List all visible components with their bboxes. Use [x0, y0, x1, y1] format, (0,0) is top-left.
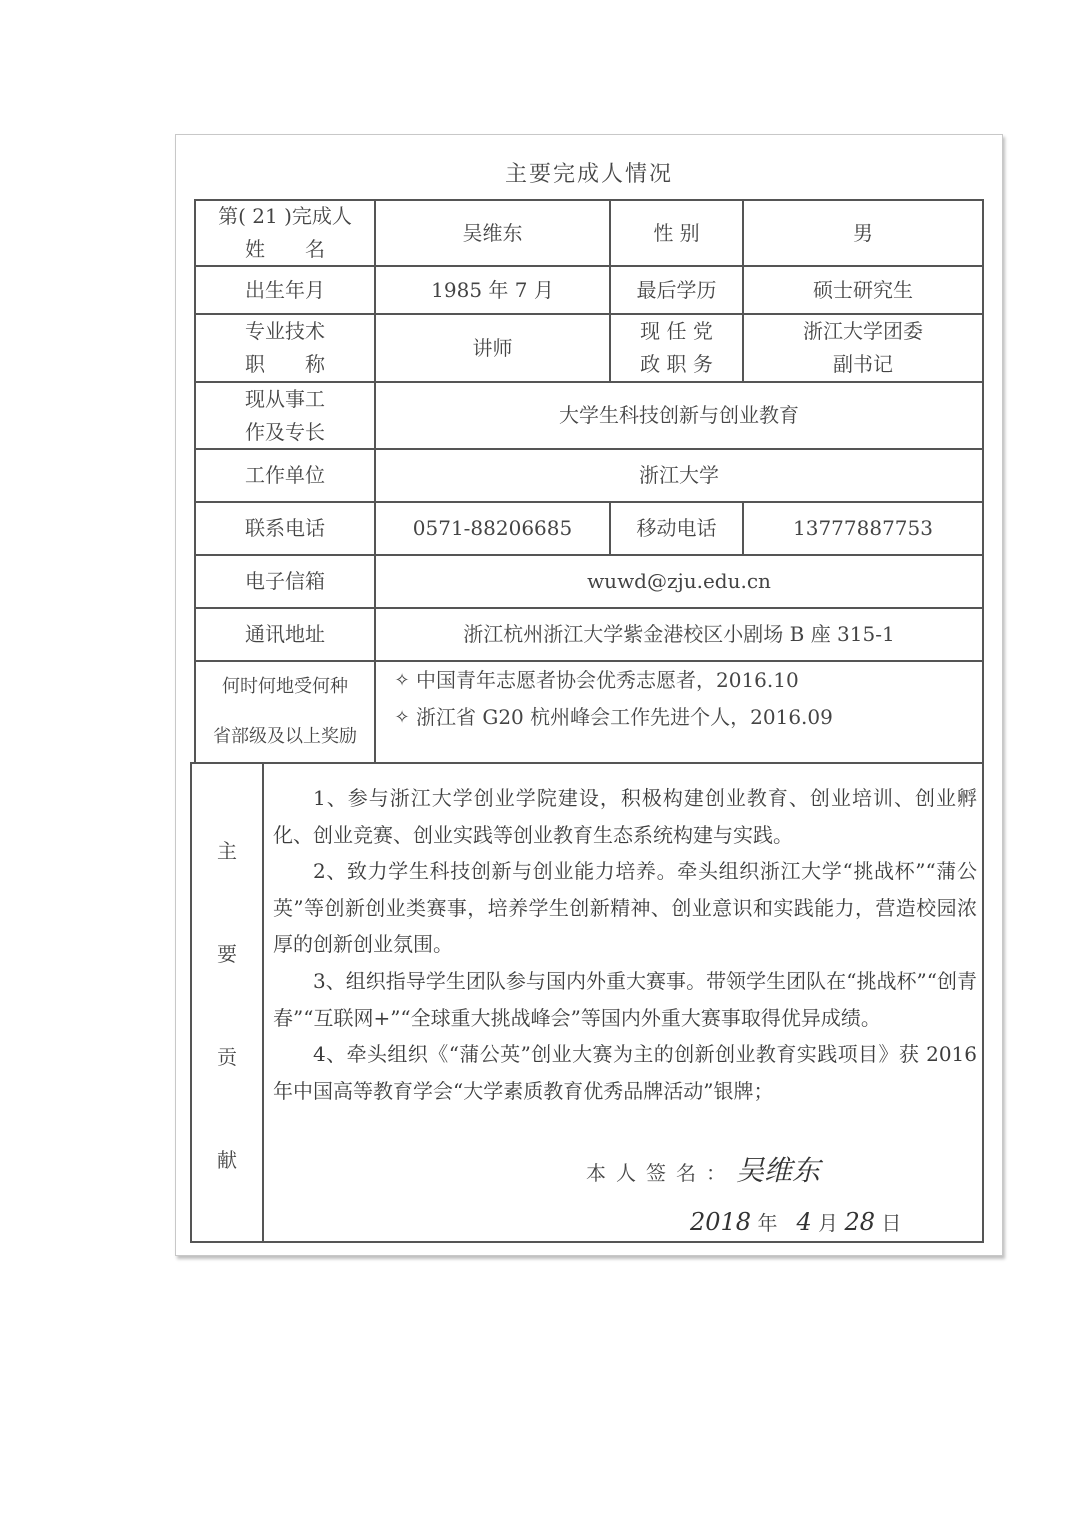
prof-title-label: 专业技术 职 称 [196, 315, 374, 381]
contribution-paragraph: 3、组织指导学生团队参与国内外重大赛事。带领学生团队在“挑战杯”“创青春”“互联… [273, 963, 977, 1036]
table-border-right [982, 199, 984, 1243]
document-page: 主要完成人情况 第( 21 )完成人 姓 名 吴维东 性 别 男 出生年月 19… [175, 134, 1003, 1256]
phone-label: 联系电话 [196, 503, 374, 554]
award-item: ✧ 浙江省 G20 杭州峰会工作先进个人，2016.09 [388, 699, 833, 736]
contrib-label-char: 贡 [192, 1041, 262, 1070]
contrib-label-char: 献 [192, 1144, 262, 1173]
signature-date: 2018 年 4 月 28 日 [690, 1207, 901, 1236]
phone-value: 0571-88206685 [376, 503, 609, 554]
birth-value: 1985 年 7 月 [376, 267, 609, 313]
email-value: wuwd@zju.edu.cn [376, 556, 982, 607]
contrib-label-char: 主 [192, 835, 262, 864]
gender-label: 性 别 [611, 201, 742, 265]
diamond-bullet-icon: ✧ [388, 699, 416, 736]
party-position-label: 现 任 党 政 职 务 [611, 315, 742, 381]
contribution-paragraph: 4、牵头组织《“蒲公英”创业大赛为主的创新创业教育实践项目》获 2016 年中国… [273, 1036, 977, 1109]
contrib-divider [262, 762, 264, 1243]
diamond-bullet-icon: ✧ [388, 662, 416, 699]
handwritten-signature: 吴维东 [736, 1154, 820, 1187]
contribution-paragraph: 2、致力学生科技创新与创业能力培养。牵头组织浙江大学“挑战杯”“蒲公英”等创新创… [273, 853, 977, 963]
work-value: 大学生科技创新与创业教育 [376, 383, 982, 448]
mobile-value: 13777887753 [744, 503, 982, 554]
prof-title-value: 讲师 [376, 315, 609, 381]
education-label: 最后学历 [611, 267, 742, 313]
education-value: 硕士研究生 [744, 267, 982, 313]
row-divider [190, 762, 984, 764]
address-value: 浙江杭州浙江大学紫金港校区小剧场 B 座 315-1 [376, 609, 982, 660]
contrib-label-char: 要 [192, 938, 262, 967]
email-label: 电子信箱 [196, 556, 374, 607]
name-label: 第( 21 )完成人 姓 名 [196, 201, 374, 265]
award-item: ✧ 中国青年志愿者协会优秀志愿者，2016.10 [388, 662, 799, 699]
work-label: 现从事工 作及专长 [196, 383, 374, 448]
address-label: 通讯地址 [196, 609, 374, 660]
mobile-label: 移动电话 [611, 503, 742, 554]
party-position-value: 浙江大学团委 副书记 [744, 315, 982, 381]
signature-line: 本人签名：吴维东 [586, 1149, 820, 1189]
signature-label: 本人签名： [586, 1161, 736, 1185]
document-title: 主要完成人情况 [176, 157, 1002, 188]
birth-label: 出生年月 [196, 267, 374, 313]
gender-value: 男 [744, 201, 982, 265]
unit-label: 工作单位 [196, 450, 374, 501]
contributions-text: 1、参与浙江大学创业学院建设，积极构建创业教育、创业培训、创业孵化、创业竞赛、创… [273, 780, 977, 1109]
awards-list: ✧ 中国青年志愿者协会优秀志愿者，2016.10 ✧ 浙江省 G20 杭州峰会工… [376, 662, 982, 762]
name-value: 吴维东 [376, 201, 609, 265]
table-border-bottom [190, 1241, 984, 1243]
awards-label: 何时何地受何种 省部级及以上奖励 [196, 662, 374, 762]
unit-value: 浙江大学 [376, 450, 982, 501]
contribution-paragraph: 1、参与浙江大学创业学院建设，积极构建创业教育、创业培训、创业孵化、创业竞赛、创… [273, 780, 977, 853]
